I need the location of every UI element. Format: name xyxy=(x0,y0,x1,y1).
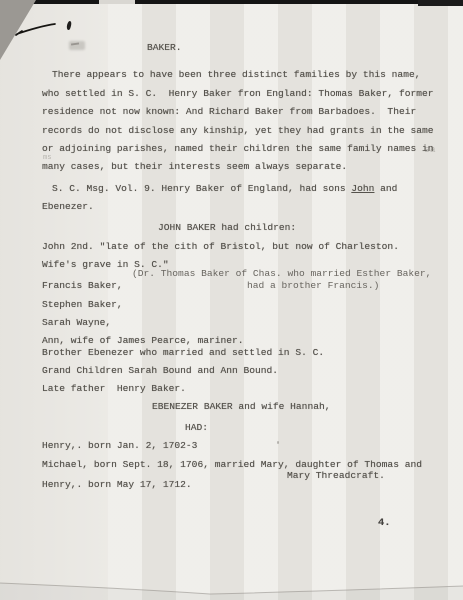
sc-msg-line2: Ebenezer. xyxy=(42,201,94,213)
ebenezer-child-line: Henry,. born Jan. 2, 1702-3 xyxy=(42,440,197,452)
scan-edge-right xyxy=(418,0,463,6)
pen-stroke-mark xyxy=(10,18,70,40)
scan-edge-bar xyxy=(0,0,463,4)
ebenezer-child-line-wrap: Mary Threadcraft. xyxy=(287,470,385,482)
intro-line: residence not now known: And Richard Bak… xyxy=(42,106,416,118)
page-number: 4. xyxy=(378,517,391,529)
document-title: BAKER. xyxy=(147,42,182,54)
scanned-document-page: BAKER. There appears to have been three … xyxy=(0,0,463,600)
sc-msg-pre: S. C. Msg. Vol. 9. Henry Baker of Englan… xyxy=(52,183,351,194)
ghost-text-right: sa xyxy=(424,144,436,155)
john-child-line: Sarah Wayne, xyxy=(42,317,111,329)
margin-note-line: had a brother Francis.) xyxy=(247,280,379,292)
john-child-line: John 2nd. "late of the cith of Bristol, … xyxy=(42,241,399,253)
ebenezer-section-heading: EBENEZER BAKER and wife Hannah, xyxy=(152,401,330,413)
ebenezer-child-line: Henry,. born May 17, 1712. xyxy=(42,479,192,491)
john-child-line: Stephen Baker, xyxy=(42,299,123,311)
intro-line: who settled in S. C. Henry Baker fron En… xyxy=(42,88,434,100)
john-child-line: Ann, wife of James Pearce, mariner. xyxy=(42,335,244,347)
intro-line: many cases, but their interests seem alw… xyxy=(42,161,347,173)
john-child-line: Francis Baker, xyxy=(42,280,123,292)
sc-msg-line: S. C. Msg. Vol. 9. Henry Baker of Englan… xyxy=(52,183,397,195)
john-child-line: Grand Children Sarah Bound and Ann Bound… xyxy=(42,365,278,377)
scan-speck xyxy=(277,441,279,444)
john-child-line: Late father Henry Baker. xyxy=(42,383,186,395)
scan-edge-gap xyxy=(99,0,135,4)
sc-msg-post: and xyxy=(374,183,397,194)
john-child-line: Brother Ebenezer who married and settled… xyxy=(42,347,324,359)
ink-blot-mark xyxy=(66,21,72,31)
john-section-heading: JOHN BAKER had children: xyxy=(158,222,296,234)
paper-crease xyxy=(0,560,463,600)
margin-note-line: (Dr. Thomas Baker of Chas. who married E… xyxy=(132,268,431,280)
underlined-name: John xyxy=(351,183,374,194)
intro-line: or adjoining parishes, named their child… xyxy=(42,143,434,155)
ebenezer-subheading: HAD: xyxy=(185,422,208,434)
intro-line: There appears to have been three distinc… xyxy=(52,69,420,81)
intro-line: records do not disclose any kinship, yet… xyxy=(42,125,434,137)
scan-speck xyxy=(235,245,237,248)
